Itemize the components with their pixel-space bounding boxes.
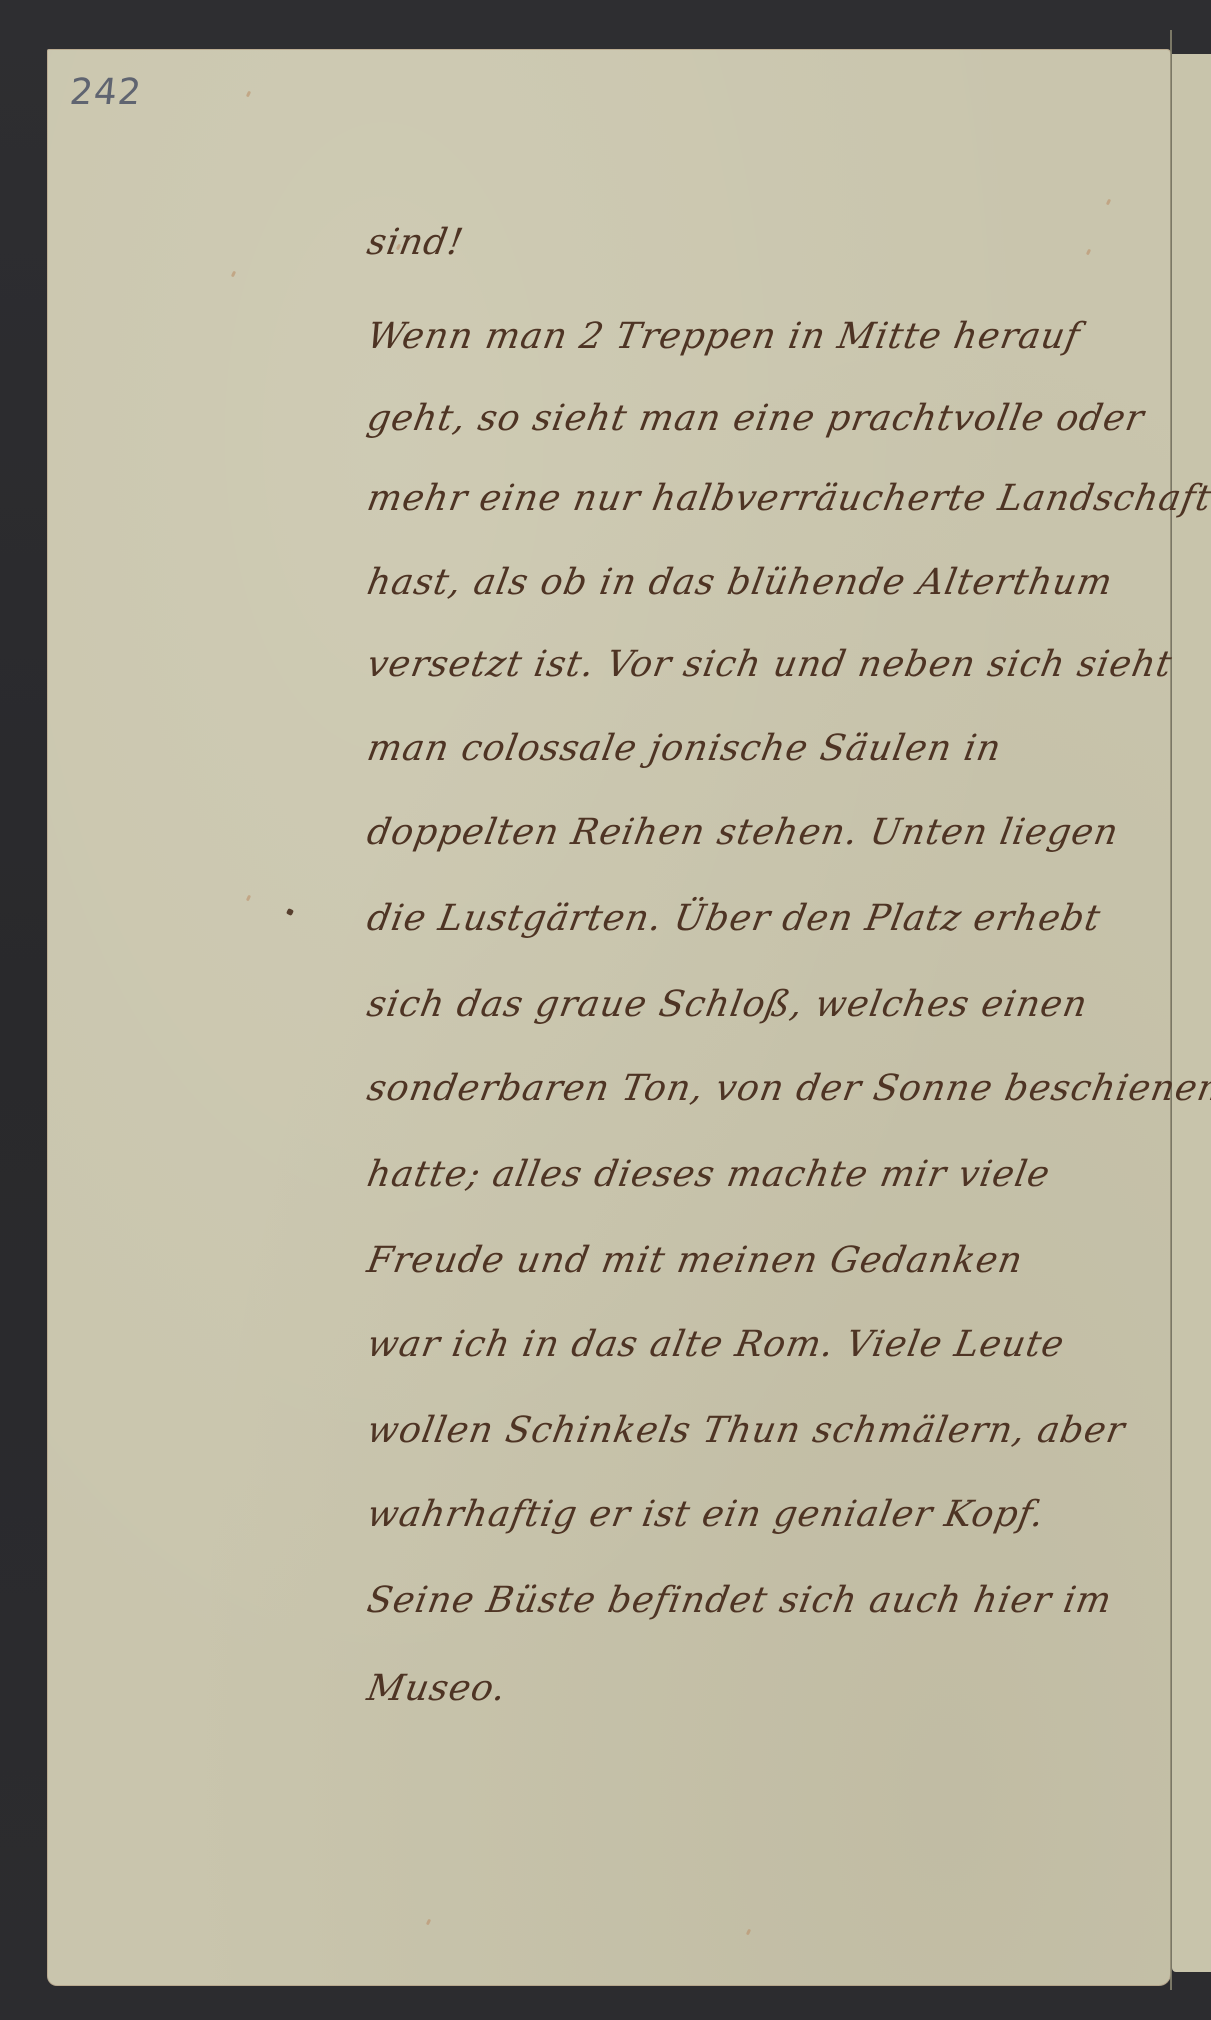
- text-line: sonderbaren Ton, von der Sonne beschiene…: [364, 1068, 1211, 1109]
- text-line: Seine Büste befindet sich auch hier im: [364, 1580, 1115, 1621]
- facing-page-edge: [1172, 54, 1211, 1972]
- text-line: hast, als ob in das blühende Alterthum: [364, 562, 1116, 603]
- text-line: hatte; alles dieses machte mir viele: [364, 1154, 1053, 1195]
- ink-dot: [286, 908, 294, 916]
- text-line: sind!: [364, 222, 467, 263]
- text-line: sich das graue Schloß, welches einen: [364, 984, 1091, 1025]
- text-line: man colossale jonische Säulen in: [364, 728, 1005, 769]
- text-line: doppelten Reihen stehen. Unten liegen: [364, 812, 1122, 853]
- paper-speck: [1106, 199, 1111, 206]
- paper-speck: [1086, 249, 1091, 256]
- text-line: geht, so sieht man eine prachtvolle oder: [364, 398, 1148, 439]
- text-line: wahrhaftig er ist ein genialer Kopf.: [364, 1494, 1048, 1535]
- paper-speck: [246, 895, 251, 902]
- text-line: mehr eine nur halbverräucherte Landschaf…: [364, 478, 1211, 519]
- text-line: Wenn man 2 Treppen in Mitte herauf: [364, 316, 1083, 357]
- paper-speck: [746, 1929, 751, 1936]
- text-line: Museo.: [364, 1668, 510, 1709]
- paper-speck: [246, 91, 251, 98]
- paper-speck: [231, 271, 236, 278]
- text-line: die Lustgärten. Über den Platz erhebt: [364, 898, 1104, 939]
- paper-speck: [426, 1919, 431, 1926]
- text-line: wollen Schinkels Thun schmälern, aber: [364, 1410, 1128, 1451]
- text-line: war ich in das alte Rom. Viele Leute: [364, 1324, 1068, 1365]
- text-line: versetzt ist. Vor sich und neben sich si…: [364, 644, 1175, 685]
- text-line: Freude und mit meinen Gedanken: [364, 1240, 1026, 1281]
- folio-number: 242: [68, 72, 144, 113]
